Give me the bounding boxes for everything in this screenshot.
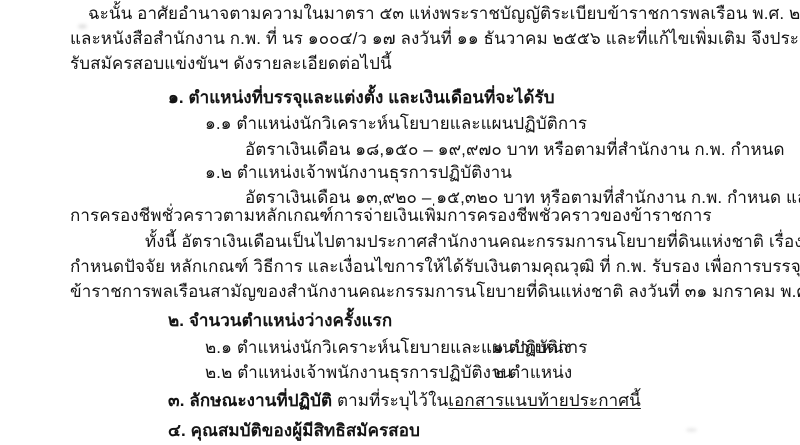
section-1-item-1-salary: อัตราเงินเดือน ๑๘,๑๕๐ – ๑๙,๙๗๐ บาท หรือต… bbox=[245, 138, 785, 161]
section-2-item-1-count: ๑ ตำแหน่ง bbox=[493, 336, 572, 359]
section-4-heading: ๔. คุณสมบัติของผู้มีสิทธิสมัครสอบ bbox=[168, 419, 420, 442]
intro-paragraph-line-3: รับสมัครสอบแข่งขันฯ ดังรายละเอียดต่อไปนี… bbox=[70, 52, 392, 75]
intro-paragraph-line-1: ฉะนั้น อาศัยอำนาจตามความในมาตรา ๕๓ แห่งพ… bbox=[88, 2, 800, 25]
section-1-note-line-2: กำหนดปัจจัย หลักเกณฑ์ วิธีการ และเงื่อนไ… bbox=[70, 255, 800, 278]
section-1-note-line-3: ข้าราชการพลเรือนสามัญของสำนักงานคณะกรรมก… bbox=[70, 280, 800, 303]
intro-paragraph-line-2: และหนังสือสำนักงาน ก.พ. ที่ นร ๑๐๐๔/ว ๑๗… bbox=[70, 27, 800, 50]
section-1-note-line-1: ทั้งนี้ อัตราเงินเดือนเป็นไปตามประกาศสำน… bbox=[145, 230, 800, 253]
scan-smudge-artifact bbox=[686, 428, 697, 432]
section-2-item-2-title: ๒.๒ ตำแหน่งเจ้าพนักงานธุรการปฏิบัติงาน bbox=[205, 361, 512, 384]
section-1-heading: ๑. ตำแหน่งที่บรรจุและแต่งตั้ง และเงินเดื… bbox=[168, 86, 555, 109]
section-1-item-2-title: ๑.๒ ตำแหน่งเจ้าพนักงานธุรการปฏิบัติงาน bbox=[205, 161, 512, 184]
section-3-heading-attachment-reference: เอกสารแนบท้ายประกาศนี้ bbox=[448, 391, 641, 410]
section-3-heading-title: ๓. ลักษณะงานที่ปฏิบัติ bbox=[168, 391, 332, 410]
section-3-heading-text: ตามที่ระบุไว้ใน bbox=[332, 391, 448, 410]
scanned-document-page: ฉะนั้น อาศัยอำนาจตามความในมาตรา ๕๓ แห่งพ… bbox=[0, 0, 800, 445]
section-2-heading: ๒. จำนวนตำแหน่งว่างครั้งแรก bbox=[168, 309, 392, 332]
section-1-item-2-salary-line-2: การครองชีพชั่วคราวตามหลักเกณฑ์การจ่ายเงิ… bbox=[70, 204, 712, 227]
section-1-item-1-title: ๑.๑ ตำแหน่งนักวิเคราะห์นโยบายและแผนปฏิบั… bbox=[205, 112, 587, 135]
section-2-item-2-count: ๒ ตำแหน่ง bbox=[493, 361, 572, 384]
section-3-heading: ๓. ลักษณะงานที่ปฏิบัติ ตามที่ระบุไว้ในเอ… bbox=[168, 389, 641, 412]
